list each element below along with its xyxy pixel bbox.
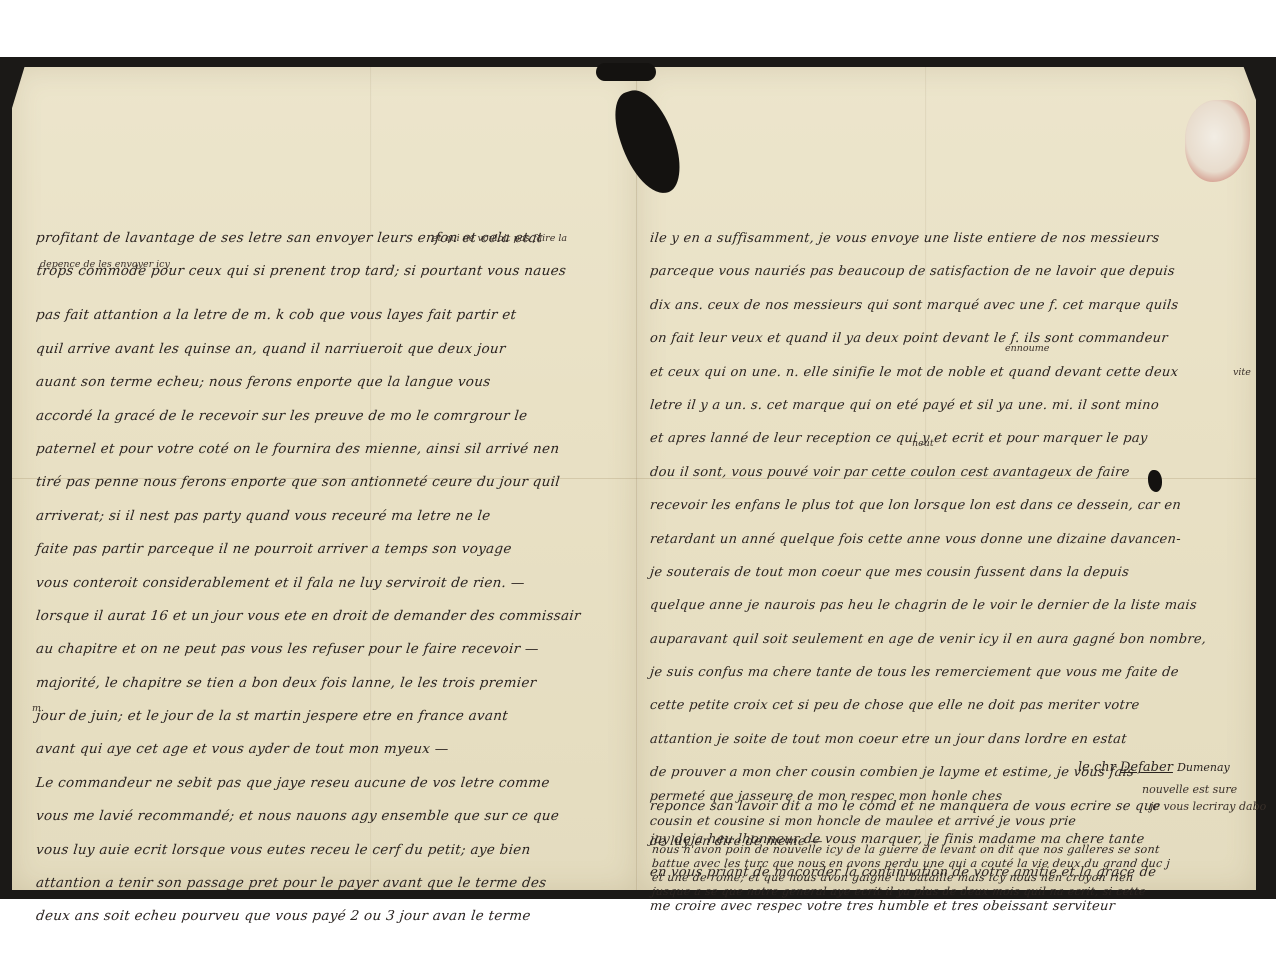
text-line: Le commandeur ne sebit pas que jaye rese… (34, 767, 638, 800)
text-line: vous conteroit considerablement et il fa… (34, 567, 638, 600)
signature-name: Defaber (1120, 760, 1173, 775)
text-line: battue avec les turc que nous en avons p… (651, 857, 1252, 871)
text-line: lorsque il aurat 16 et un jour vous ete … (34, 600, 638, 633)
postscript-note: nouvelle est sure (1142, 783, 1237, 796)
text-line: vous luy auie ecrit lorsque vous eutes r… (34, 834, 638, 867)
text-line: auparavant quil soit seulement en age de… (648, 623, 1252, 656)
text-line: je souterais de tout mon coeur que mes c… (648, 556, 1252, 589)
text-line: nous n'avon poin de nouvelle icy de la g… (651, 843, 1252, 857)
text-line: paternel et pour votre coté on le fourni… (34, 433, 638, 466)
text-line: arriverat; si il nest pas party quand vo… (34, 500, 638, 533)
signature-suffix: Dumenay (1177, 761, 1230, 774)
text-line: faite pas partir parceque il ne pourroit… (34, 533, 638, 566)
left-page-text: profitant de lavantage de ses letre san … (36, 222, 636, 934)
torn-edge-top (596, 63, 656, 81)
postscript-note: je vous lecriray dabo (1150, 800, 1266, 813)
text-line: letre il y a un. s. cet marque qui on et… (648, 389, 1252, 422)
text-line: retardant un anné quelque fois cette ann… (648, 523, 1252, 556)
text-line: parceque vous nauriés pas beaucoup de sa… (648, 255, 1252, 288)
signature: le chr Defaber Dumenay (1078, 760, 1230, 775)
text-line: attantion je soite de tout mon coeur etr… (648, 723, 1252, 756)
text-line: je suis confus ma chere tante de tous le… (648, 656, 1252, 689)
text-line: et une de rome; et que nous avon gaigné … (651, 871, 1252, 885)
text-line: ile y en a suffisamment, je vous envoye … (648, 222, 1252, 255)
text-line: dix ans. ceux de nos messieurs qui sont … (648, 289, 1252, 322)
text-line: tiré pas penne nous ferons enporte que s… (34, 466, 638, 499)
text-line: vous me lavié recommandé; et nous nauons… (34, 800, 638, 833)
text-line: quelque anne je naurois pas heu le chagr… (648, 589, 1252, 622)
text-line: on fait leur veux et quand il ya deux po… (648, 322, 1252, 355)
text-line: attantion a tenir son passage pret pour … (34, 867, 638, 900)
interlinear-note: depence de les envoyer icy (40, 259, 170, 270)
text-line: et ceux qui on une. n. elle sinifie le m… (648, 356, 1252, 389)
text-line: cette petite croix cet si peu de chose q… (648, 689, 1252, 722)
text-line: et apres lanné de leur reception ce qui … (648, 422, 1252, 455)
text-line: jour de juin; et le jour de la st martin… (34, 700, 638, 733)
interlinear-note: et qui ne vouloit pas faire la (432, 233, 567, 244)
text-line: jusque a se que notre general aye ecrit … (651, 885, 1252, 899)
text-line: quil arrive avant les quinse an, quand i… (34, 333, 638, 366)
margin-note: m. (32, 703, 44, 714)
interlinear-note: ennoume (1005, 343, 1049, 354)
text-line: dou il sont, vous pouvé voir par cette c… (648, 456, 1252, 489)
text-line: deux ans soit echeu pourveu que vous pay… (34, 900, 638, 933)
interlinear-note: vite (1233, 367, 1251, 378)
text-line: pas fait attantion a la letre de m. k co… (34, 299, 638, 332)
text-line: recevoir les enfans le plus tot que lon … (648, 489, 1252, 522)
right-page-postscript: nous n'avon poin de nouvelle icy de la g… (652, 843, 1252, 899)
text-line: au chapitre et on ne peut pas vous les r… (34, 633, 638, 666)
text-line: avant qui aye cet age et vous ayder de t… (34, 733, 638, 766)
text-line: majorité, le chapitre se tien a bon deux… (34, 667, 638, 700)
signature-prefix: le chr (1078, 760, 1116, 775)
text-line: auant son terme echeu; nous ferons enpor… (34, 366, 638, 399)
interlinear-note: neut (912, 438, 934, 449)
text-line: accordé la gracé de le recevoir sur les … (34, 400, 638, 433)
